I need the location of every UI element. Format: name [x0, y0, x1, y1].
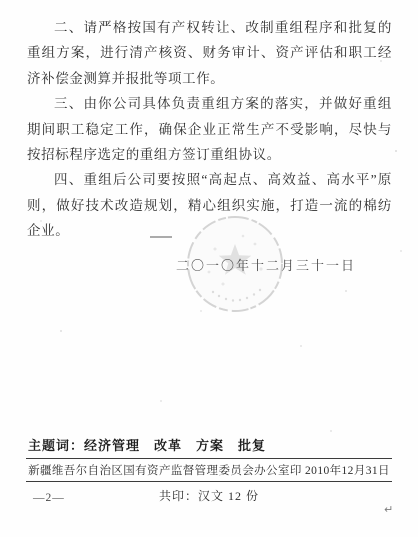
subject-keywords-line: 主题词：经济管理 改革 方案 批复 [26, 433, 392, 458]
document-body: 二、请严格按国有产权转让、改制重组程序和批复的重组方案，进行清产核资、财务审计、… [27, 15, 392, 244]
subject-terms: 经济管理 改革 方案 批复 [84, 438, 266, 453]
page-number: —2— [33, 492, 65, 504]
scan-artifact-dash [150, 236, 172, 238]
scanned-document-page: 二、请严格按国有产权转让、改制重组程序和批复的重组方案，进行清产核资、财务审计、… [0, 0, 418, 537]
scan-noise [0, 0, 2, 2]
copies-line: 共印：汉文 12 份 [26, 482, 392, 504]
issuer-line: 新疆维吾尔自治区国有资产监督管理委员会办公室印 2010年12月31日 [26, 459, 392, 481]
paragraph-2: 二、请严格按国有产权转让、改制重组程序和批复的重组方案，进行清产核资、财务审计、… [27, 15, 392, 91]
document-date: 二〇一〇年十二月三十一日 [176, 255, 356, 274]
return-arrow-mark: ↵ [384, 503, 393, 516]
document-footer: 主题词：经济管理 改革 方案 批复 新疆维吾尔自治区国有资产监督管理委员会办公室… [26, 433, 392, 504]
paragraph-3: 三、由你公司具体负责重组方案的落实，并做好重组期间职工稳定工作，确保企业正常生产… [27, 91, 392, 167]
subject-label: 主题词： [28, 438, 84, 453]
